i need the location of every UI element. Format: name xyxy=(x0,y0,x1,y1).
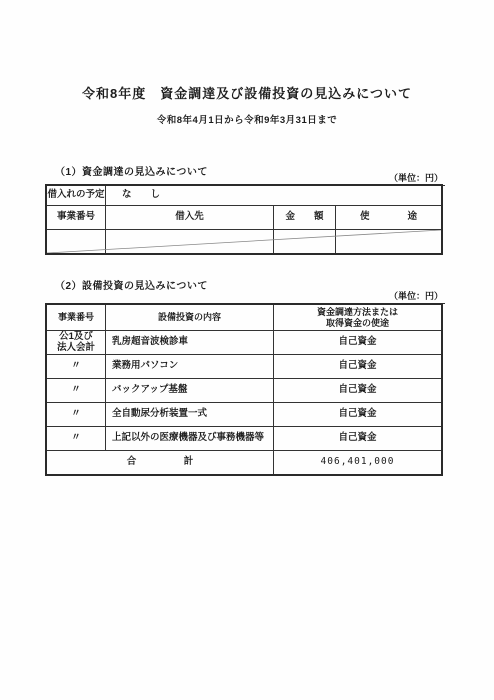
borrowing-plan-value-cell: な し xyxy=(105,186,441,205)
table-row: 公1及び 法人会計 乳房超音波検診車 自己資金 xyxy=(47,330,441,354)
doc-title: 令和8年度 資金調達及び設備投資の見込みについて xyxy=(0,83,494,102)
funding-table-empty-row xyxy=(47,229,441,253)
document-page: 令和8年度 資金調達及び設備投資の見込みについて 令和8年4月1日から令和9年3… xyxy=(0,0,494,700)
cell-business-no: 〃 xyxy=(47,427,105,450)
doc-subtitle: 令和8年4月1日から令和9年3月31日まで xyxy=(0,112,494,126)
cell-investment-content: 全自動尿分析装置一式 xyxy=(105,403,273,426)
empty-cell-business-no xyxy=(47,230,105,253)
header-amount: 金 額 xyxy=(273,206,335,229)
total-label-cell: 合 計 xyxy=(47,451,273,474)
header-business-no: 事業番号 xyxy=(47,206,105,229)
cell-investment-content: 乳房超音波検診車 xyxy=(105,331,273,354)
cell-investment-content: バックアップ基盤 xyxy=(105,379,273,402)
funding-table: 借入れの予定 な し 事業番号 借入先 金 額 使 途 xyxy=(45,184,443,255)
table-row: 〃 全自動尿分析装置一式 自己資金 xyxy=(47,402,441,426)
empty-cell-lender xyxy=(105,230,273,253)
header-business-no: 事業番号 xyxy=(47,305,105,330)
borrowing-plan-label-cell: 借入れの予定 xyxy=(47,186,105,205)
header-purpose: 使 途 xyxy=(335,206,441,229)
empty-cell-amount xyxy=(273,230,335,253)
table-row: 〃 業務用パソコン 自己資金 xyxy=(47,354,441,378)
empty-cell-purpose xyxy=(335,230,441,253)
capital-investment-table: 事業番号 設備投資の内容 資金調達方法または 取得資金の使途 公1及び 法人会計… xyxy=(45,303,443,476)
investment-table-header-row: 事業番号 設備投資の内容 資金調達方法または 取得資金の使途 xyxy=(47,305,441,330)
total-row: 合 計 406,401,000 xyxy=(47,450,441,474)
funding-table-row-borrowing-plan: 借入れの予定 な し xyxy=(47,186,441,205)
cell-funding-method: 自己資金 xyxy=(273,427,441,450)
cell-business-no: 〃 xyxy=(47,355,105,378)
header-lender: 借入先 xyxy=(105,206,273,229)
funding-table-header-row: 事業番号 借入先 金 額 使 途 xyxy=(47,205,441,229)
section2-heading: （2）設備投資の見込みについて xyxy=(55,277,208,292)
cell-funding-method: 自己資金 xyxy=(273,331,441,354)
table-row: 〃 上記以外の医療機器及び事務機器等 自己資金 xyxy=(47,426,441,450)
section1-heading: （1）資金調達の見込みについて xyxy=(55,163,208,178)
header-funding-method: 資金調達方法または 取得資金の使途 xyxy=(273,305,441,330)
cell-business-no: 〃 xyxy=(47,403,105,426)
cell-business-no: 〃 xyxy=(47,379,105,402)
cell-business-no: 公1及び 法人会計 xyxy=(47,331,105,354)
table-row: 〃 バックアップ基盤 自己資金 xyxy=(47,378,441,402)
cell-funding-method: 自己資金 xyxy=(273,403,441,426)
header-investment-content: 設備投資の内容 xyxy=(105,305,273,330)
cell-funding-method: 自己資金 xyxy=(273,379,441,402)
section2-unit-label: （単位：円） xyxy=(387,289,445,304)
total-value-cell: 406,401,000 xyxy=(273,451,441,474)
cell-investment-content: 上記以外の医療機器及び事務機器等 xyxy=(105,427,273,450)
cell-funding-method: 自己資金 xyxy=(273,355,441,378)
cell-investment-content: 業務用パソコン xyxy=(105,355,273,378)
